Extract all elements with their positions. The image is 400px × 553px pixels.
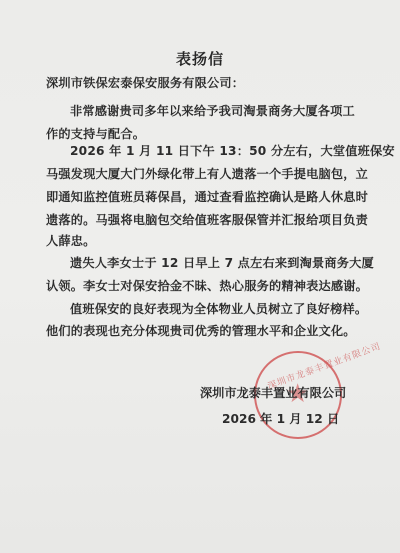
paragraph-line: 即通知监控值班员蒋保昌，通过查看监控确认是路人休息时 <box>46 188 368 205</box>
paragraph-line: 马强发现大厦大门外绿化带上有人遗落一个手提电脑包，立 <box>46 165 368 182</box>
paragraph-line: 值班保安的良好表现为全体物业人员树立了良好榜样。 <box>70 300 367 317</box>
paragraph-line: 遗失人李女士于 12 日早上 7 点左右来到淘景商务大厦 <box>70 254 374 271</box>
letter-page: 表扬信 深圳市铁保宏泰保安服务有限公司： 非常感谢贵司多年以来给予我司淘景商务大… <box>0 0 400 553</box>
paragraph-line: 遗落的。马强将电脑包交给值班客服保管并汇报给项目负责 <box>46 211 368 228</box>
paragraph-line: 非常感谢贵司多年以来给予我司淘景商务大厦各项工 <box>70 102 355 119</box>
paragraph-line: 作的支持与配合。 <box>46 125 145 142</box>
recipient: 深圳市铁保宏泰保安服务有限公司： <box>46 74 244 91</box>
paragraph-line: 认领。李女士对保安拾金不昧、热心服务的精神表达感谢。 <box>46 277 368 294</box>
paragraph-line: 2026 年 1 月 11 日下午 13：50 分左右，大堂值班保安 <box>70 142 395 159</box>
letter-title: 表扬信 <box>0 48 400 69</box>
paragraph-line: 人薛忠。 <box>46 232 96 249</box>
paragraph-line: 他们的表现也充分体现贵司优秀的管理水平和企业文化。 <box>46 322 356 339</box>
signature-company: 深圳市龙泰丰置业有限公司 <box>200 384 346 401</box>
signature-date: 2026 年 1 月 12 日 <box>222 410 339 427</box>
